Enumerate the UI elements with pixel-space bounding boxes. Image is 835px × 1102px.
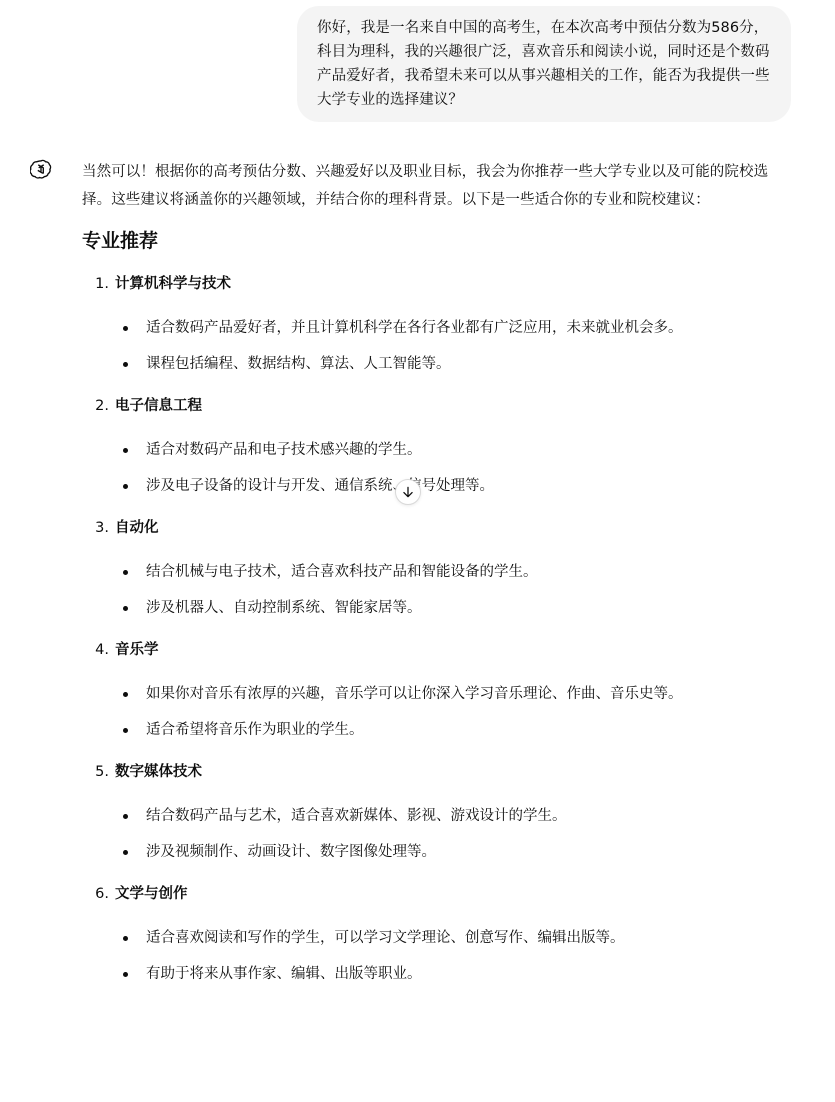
major-number: 6. xyxy=(82,880,115,908)
major-name: 文学与创作 xyxy=(115,880,188,908)
major-item: 5. 数字媒体技术 结合数码产品与艺术，适合喜欢新媒体、影视、游戏设计的学生。 … xyxy=(82,758,795,866)
assistant-message-row: 当然可以！根据你的高考预估分数、兴趣爱好以及职业目标，我会为你推荐一些大学专业以… xyxy=(26,158,795,1002)
list-item: 结合机械与电子技术，适合喜欢科技产品和智能设备的学生。 xyxy=(82,558,795,586)
major-name: 电子信息工程 xyxy=(115,392,202,420)
major-number: 1. xyxy=(82,270,115,298)
major-item: 2. 电子信息工程 适合对数码产品和电子技术感兴趣的学生。 涉及电子设备的设计与… xyxy=(82,392,795,500)
list-item: 适合希望将音乐作为职业的学生。 xyxy=(82,716,795,744)
bullet-icon xyxy=(82,850,146,855)
major-item: 1. 计算机科学与技术 适合数码产品爱好者，并且计算机科学在各行各业都有广泛应用… xyxy=(82,270,795,378)
major-number: 4. xyxy=(82,636,115,664)
bullet-icon xyxy=(82,972,146,977)
user-message-row: 你好，我是一名来自中国的高考生，在本次高考中预估分数为586分，科目为理科，我的… xyxy=(297,6,791,122)
section-title: 专业推荐 xyxy=(82,226,795,256)
major-item: 6. 文学与创作 适合喜欢阅读和写作的学生，可以学习文学理论、创意写作、编辑出版… xyxy=(82,880,795,988)
major-name: 数字媒体技术 xyxy=(115,758,202,786)
list-item: 如果你对音乐有浓厚的兴趣，音乐学可以让你深入学习音乐理论、作曲、音乐史等。 xyxy=(82,680,795,708)
arrow-down-icon xyxy=(401,485,415,499)
bullet-icon xyxy=(82,448,146,453)
major-name: 计算机科学与技术 xyxy=(115,270,231,298)
bullet-icon xyxy=(82,728,146,733)
user-message-bubble: 你好，我是一名来自中国的高考生，在本次高考中预估分数为586分，科目为理科，我的… xyxy=(297,6,791,122)
list-item: 课程包括编程、数据结构、算法、人工智能等。 xyxy=(82,350,795,378)
list-item: 适合数码产品爱好者，并且计算机科学在各行各业都有广泛应用，未来就业机会多。 xyxy=(82,314,795,342)
list-item: 适合喜欢阅读和写作的学生，可以学习文学理论、创意写作、编辑出版等。 xyxy=(82,924,795,952)
bullet-icon xyxy=(82,326,146,331)
bullet-icon xyxy=(82,362,146,367)
major-item: 3. 自动化 结合机械与电子技术，适合喜欢科技产品和智能设备的学生。 涉及机器人… xyxy=(82,514,795,622)
list-item: 涉及视频制作、动画设计、数字图像处理等。 xyxy=(82,838,795,866)
bullet-icon xyxy=(82,814,146,819)
major-name: 音乐学 xyxy=(115,636,159,664)
major-number: 2. xyxy=(82,392,115,420)
major-number: 5. xyxy=(82,758,115,786)
list-item: 结合数码产品与艺术，适合喜欢新媒体、影视、游戏设计的学生。 xyxy=(82,802,795,830)
list-item: 涉及机器人、自动控制系统、智能家居等。 xyxy=(82,594,795,622)
list-item: 适合对数码产品和电子技术感兴趣的学生。 xyxy=(82,436,795,464)
openai-logo-icon xyxy=(30,158,52,180)
bullet-icon xyxy=(82,692,146,697)
list-item: 有助于将来从事作家、编辑、出版等职业。 xyxy=(82,960,795,988)
major-name: 自动化 xyxy=(115,514,159,542)
bullet-icon xyxy=(82,936,146,941)
major-number: 3. xyxy=(82,514,115,542)
bullet-icon xyxy=(82,606,146,611)
bullet-icon xyxy=(82,570,146,575)
assistant-message-content: 当然可以！根据你的高考预估分数、兴趣爱好以及职业目标，我会为你推荐一些大学专业以… xyxy=(82,158,795,1002)
assistant-intro: 当然可以！根据你的高考预估分数、兴趣爱好以及职业目标，我会为你推荐一些大学专业以… xyxy=(82,158,795,214)
assistant-avatar xyxy=(26,158,56,188)
scroll-to-bottom-button[interactable] xyxy=(395,479,421,505)
major-item: 4. 音乐学 如果你对音乐有浓厚的兴趣，音乐学可以让你深入学习音乐理论、作曲、音… xyxy=(82,636,795,744)
list-item: 涉及电子设备的设计与开发、通信系统、信号处理等。 xyxy=(82,472,795,500)
bullet-icon xyxy=(82,484,146,489)
